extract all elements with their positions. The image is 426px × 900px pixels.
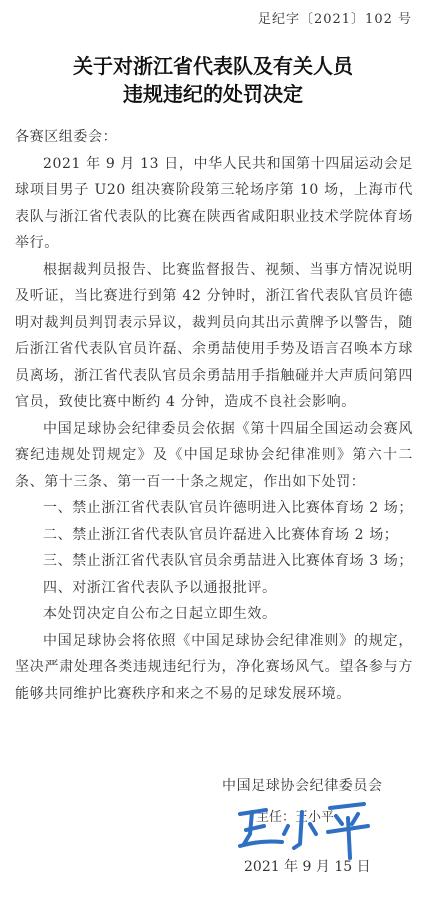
handwritten-signature [236,800,376,860]
penalty-item: 四、对浙江省代表队予以通报批评。 [15,575,413,602]
penalty-item: 二、禁止浙江省代表队官员许磊进入比赛体育场 2 场； [15,522,413,549]
title-line-2: 违规违纪的处罚决定 [0,80,426,108]
title-line-1: 关于对浙江省代表队及有关人员 [0,52,426,80]
paragraph-3: 中国足球协会纪律委员会依据《第十四届全国运动会赛风赛纪违规处罚规定》及《中国足球… [15,416,413,496]
penalty-item: 三、禁止浙江省代表队官员余勇喆进入比赛体育场 3 场； [15,548,413,575]
effective-statement: 本处罚决定自公布之日起立即生效。 [15,601,413,628]
signing-date: 2021 年 9 月 15 日 [244,856,371,876]
closing-paragraph: 中国足球协会将依照《中国足球协会纪律准则》的规定，坚决严肃处理各类违规违纪行为，… [15,628,413,708]
paragraph-1: 2021 年 9 月 13 日，中华人民共和国第十四届运动会足球项目男子 U20… [15,151,413,257]
signing-organization: 中国足球协会纪律委员会 [222,775,383,795]
document-body: 各赛区组委会： 2021 年 9 月 13 日，中华人民共和国第十四届运动会足球… [15,124,413,707]
document-number: 足纪字〔2021〕102 号 [258,8,412,27]
penalty-item: 一、禁止浙江省代表队官员许德明进入比赛体育场 2 场； [15,495,413,522]
salutation: 各赛区组委会： [15,124,413,151]
paragraph-2: 根据裁判员报告、比赛监督报告、视频、当事方情况说明及听证，当比赛进行到第 42 … [15,257,413,416]
document-title: 关于对浙江省代表队及有关人员 违规违纪的处罚决定 [0,52,426,108]
